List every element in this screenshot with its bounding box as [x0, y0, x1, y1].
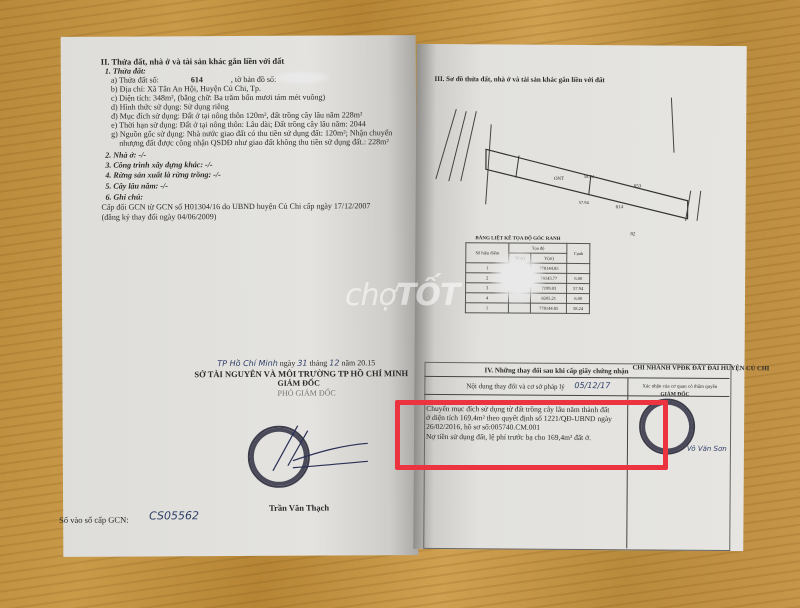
diagram-land-use-label: ONT	[554, 175, 564, 185]
other-construction-item: 3. Công trình xây dựng khác: -/-	[105, 160, 212, 171]
notes-heading: 6. Ghi chú:	[105, 193, 143, 203]
registry-number: CS05562	[149, 511, 199, 521]
origin-line-2: nhượng đất được công nhận QSDĐ như giao …	[119, 137, 389, 148]
perennial-tree-item: 5. Cây lâu năm: -/-	[105, 181, 168, 191]
notes-line-1: Cấp đổi GCN từ GCN số H01304/16 do UBND …	[102, 201, 371, 212]
signing-day: 31	[297, 359, 307, 368]
section-2-title: II. Thửa đất, nhà ở và tài sản khác gắn …	[101, 56, 285, 67]
diagram-bottom-label: 82	[630, 230, 635, 240]
handwritten-date: 05/12/17	[574, 381, 610, 391]
signer-name: Trần Văn Thạch	[269, 503, 329, 513]
branch-office-name: CHI NHÁNH VPĐK ĐẤT ĐAI HUYỆN CỦ CHI	[632, 363, 769, 374]
house-item: 2. Nhà ở: -/-	[105, 150, 146, 160]
highlight-annotation-box	[395, 400, 668, 470]
signature-icon	[263, 415, 373, 486]
production-forest-item: 4. Rừng sản xuất là rừng trồng: -/-	[105, 170, 220, 181]
section-4-title: IV. Những thay đổi sau khi cấp giấy chứn…	[484, 365, 628, 376]
section-3-title: III. Sơ đồ thửa đất, nhà ở và tài sản kh…	[434, 74, 604, 85]
issuing-authority: SỞ TÀI NGUYÊN VÀ MÔI TRƯỜNG TP HỒ CHÍ MI…	[194, 368, 408, 379]
diagram-edge-bottom: 57.94	[579, 198, 589, 208]
signer-deputy-role: PHÓ GIÁM ĐỐC	[277, 388, 335, 398]
signing-year: 20.15	[357, 358, 375, 367]
diagram-parcel-label: 614	[616, 203, 624, 213]
registry-label: Số vào sổ cấp GCN:	[59, 515, 128, 525]
signing-place: TP Hồ Chí Minh	[217, 359, 277, 368]
signing-month: 12	[329, 358, 339, 367]
branch-signer-name: Võ Văn Sơn	[687, 444, 727, 454]
change-content-header: Nội dung thay đổi và cơ sở pháp lý	[466, 381, 564, 392]
land-parcel-diagram	[426, 89, 727, 221]
redacted-area	[271, 71, 331, 85]
diagram-edge-top: 58.24	[584, 172, 594, 182]
signer-role: GIÁM ĐỐC	[277, 379, 320, 389]
notes-line-2: (đăng ký thay đổi ngày 04/06/2009)	[102, 212, 217, 223]
certificate-right-page: III. Sơ đồ thửa đất, nhà ở và tài sản kh…	[413, 44, 747, 551]
diagram-neighbor-label: 653	[634, 182, 642, 192]
chotot-watermark: chợTỐT	[345, 278, 459, 313]
redacted-coordinates	[490, 249, 545, 304]
